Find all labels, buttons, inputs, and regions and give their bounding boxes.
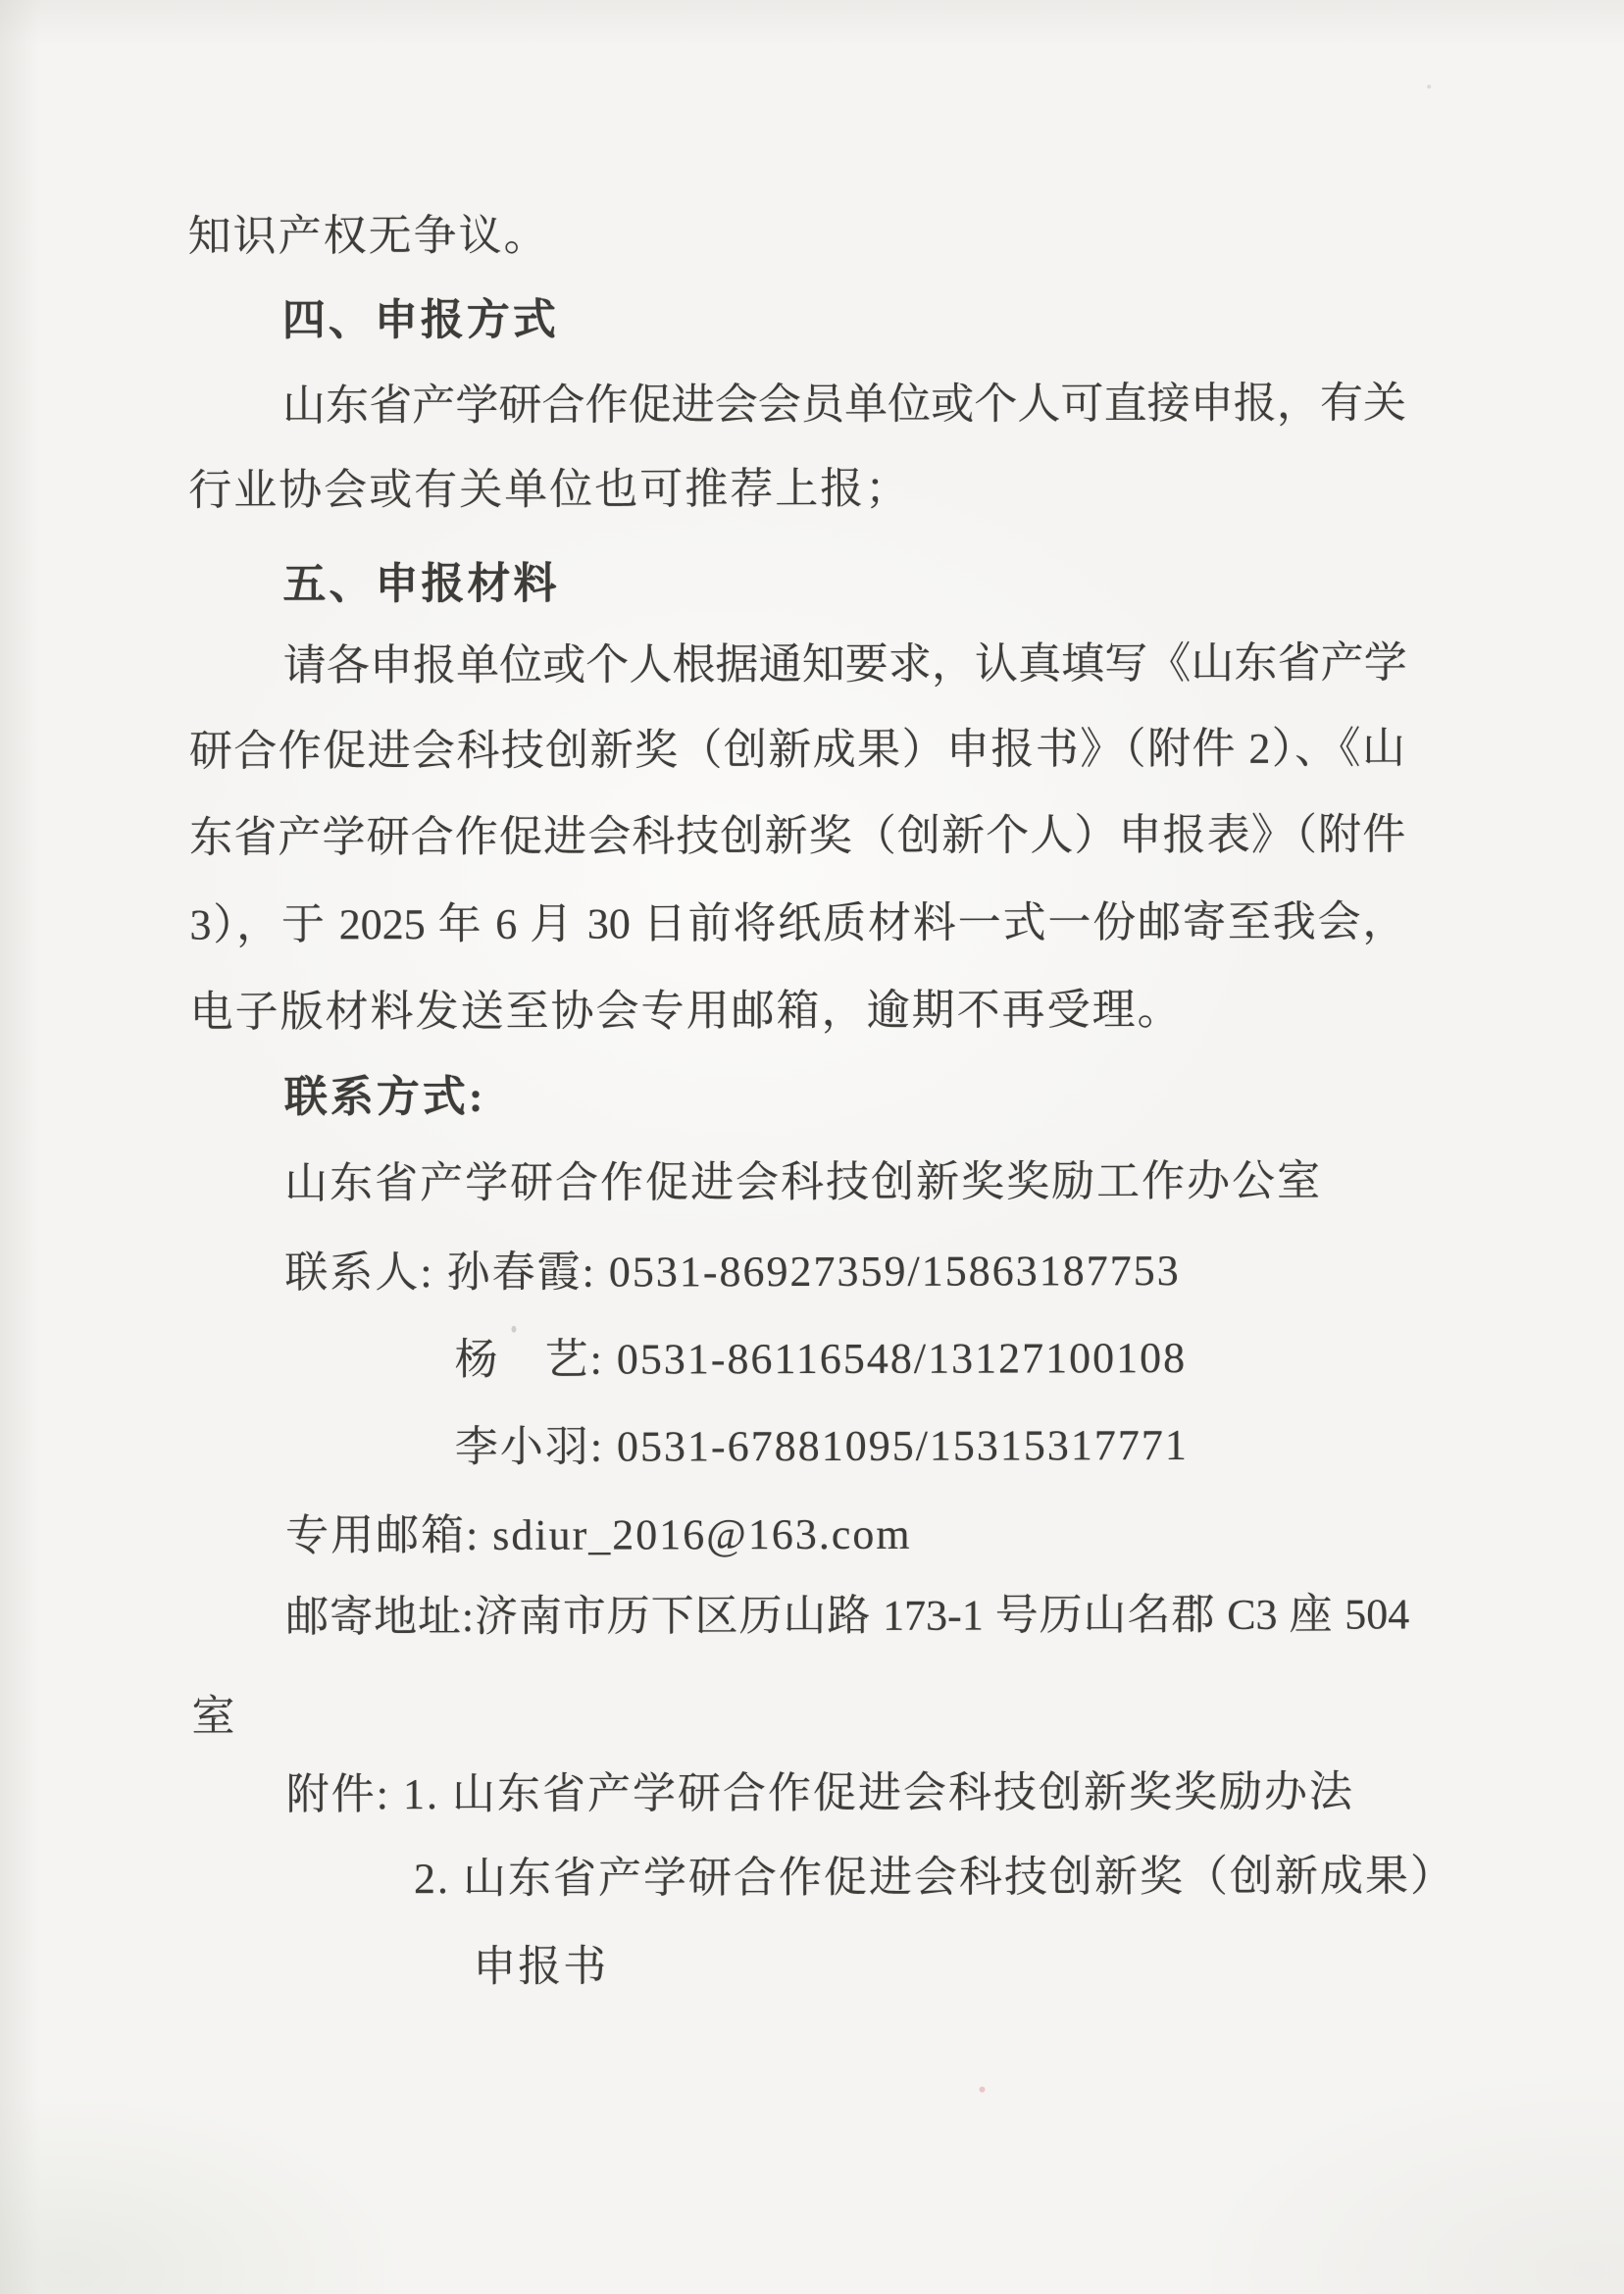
para-materials-line1: 请各申报单位或个人根据通知要求，认真填写《山东省产学 bbox=[283, 638, 1407, 690]
heading-section4-application-method: 四、申报方式 bbox=[282, 296, 559, 346]
para-application-method-line2: 行业协会或有关单位也可推荐上报； bbox=[188, 465, 910, 516]
scan-speck bbox=[1427, 84, 1431, 88]
line-contact-li-xiaoyu-phone: 李小羽: 0531-67881095/15315317771 bbox=[455, 1421, 1189, 1472]
line-contact-sun-chunxia-phone: 联系人: 孙春霞: 0531-86927359/15863187753 bbox=[284, 1247, 1180, 1298]
line-attachment-2: 2. 山东省产学研合作促进会科技创新奖（创新成果） bbox=[414, 1852, 1455, 1904]
heading-contact-info: 联系方式: bbox=[284, 1073, 486, 1123]
line-attachment-1: 附件: 1. 山东省产学研合作促进会科技创新奖奖励办法 bbox=[286, 1768, 1354, 1820]
document-sheet: 知识产权无争议。 四、申报方式 山东省产学研合作促进会会员单位或个人可直接申报，… bbox=[0, 0, 1624, 2294]
para-materials-line2: 研合作促进会科技创新奖（创新成果）申报书》（附件 2）、《山 bbox=[189, 724, 1405, 776]
line-contact-yang-yi-phone: 杨 艺: 0531-86116548/13127100108 bbox=[455, 1334, 1188, 1385]
para-materials-line5: 电子版材料发送至协会专用邮箱，逾期不再受理。 bbox=[190, 986, 1183, 1038]
line-mailing-address: 邮寄地址:济南市历下区历山路 173-1 号历山名郡 C3 座 504 bbox=[285, 1590, 1409, 1642]
line-dedicated-email: 专用邮箱: sdiur_2016@163.com bbox=[285, 1510, 912, 1561]
heading-section5-application-materials: 五、申报材料 bbox=[282, 560, 559, 610]
para-materials-line3: 东省产学研合作促进会科技创新奖（创新个人）申报表》（附件 bbox=[189, 810, 1405, 862]
scanned-document-page: 知识产权无争议。 四、申报方式 山东省产学研合作促进会会员单位或个人可直接申报，… bbox=[0, 0, 1624, 2294]
line-attachment-2-continued: 申报书 bbox=[473, 1943, 608, 1992]
scan-speck bbox=[980, 2087, 986, 2093]
para-materials-line4: 3），于 2025 年 6 月 30 日前将纸质材料一式一份邮寄至我会， bbox=[189, 897, 1405, 949]
line-award-office-name: 山东省产学研合作促进会科技创新奖奖励工作办公室 bbox=[284, 1157, 1322, 1209]
para-application-method-line1: 山东省产学研合作促进会会员单位或个人可直接申报，有关 bbox=[282, 379, 1406, 431]
line-ip-no-dispute: 知识产权无争议。 bbox=[188, 212, 549, 262]
line-address-overflow-room: 室 bbox=[191, 1693, 236, 1742]
scan-speck bbox=[511, 1326, 516, 1333]
